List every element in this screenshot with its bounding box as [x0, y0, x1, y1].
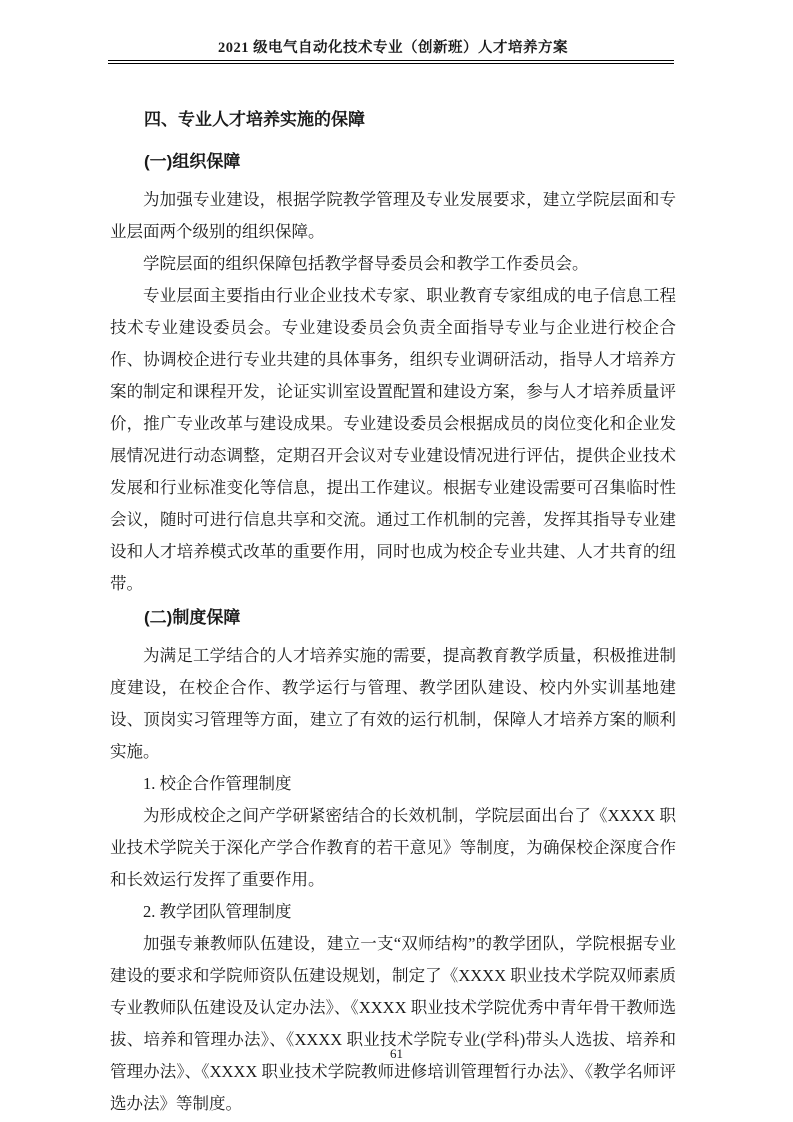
- paragraph: 为形成校企之间产学研紧密结合的长效机制，学院层面出台了《XXXX 职业技术学院关…: [110, 800, 676, 896]
- subsection-heading-organizational-guarantee: (一)组织保障: [144, 150, 676, 174]
- numbered-item-label: 1. 校企合作管理制度: [110, 768, 676, 800]
- paragraph: 学院层面的组织保障包括教学督导委员会和教学工作委员会。: [110, 248, 676, 280]
- running-header-title: 2021 级电气自动化技术专业（创新班）人才培养方案: [110, 36, 676, 57]
- section-heading: 四、专业人才培养实施的保障: [144, 108, 676, 132]
- paragraph: 加强专兼教师队伍建设，建立一支“双师结构”的教学团队，学院根据专业建设的要求和学…: [110, 928, 676, 1120]
- header-double-rule: [108, 60, 674, 64]
- paragraph: 为满足工学结合的人才培养实施的需要，提高教育教学质量，积极推进制度建设，在校企合…: [110, 640, 676, 768]
- numbered-item-label: 2. 教学团队管理制度: [110, 896, 676, 928]
- subsection-heading-institutional-guarantee: (二)制度保障: [144, 606, 676, 630]
- paragraph: 为加强专业建设，根据学院教学管理及专业发展要求，建立学院层面和专业层面两个级别的…: [110, 184, 676, 248]
- document-page: 2021 级电气自动化技术专业（创新班）人才培养方案 四、专业人才培养实施的保障…: [0, 0, 793, 1122]
- page-number: 61: [0, 1046, 793, 1062]
- document-body: 四、专业人才培养实施的保障 (一)组织保障 为加强专业建设，根据学院教学管理及专…: [110, 100, 676, 1120]
- paragraph: 专业层面主要指由行业企业技术专家、职业教育专家组成的电子信息工程技术专业建设委员…: [110, 280, 676, 600]
